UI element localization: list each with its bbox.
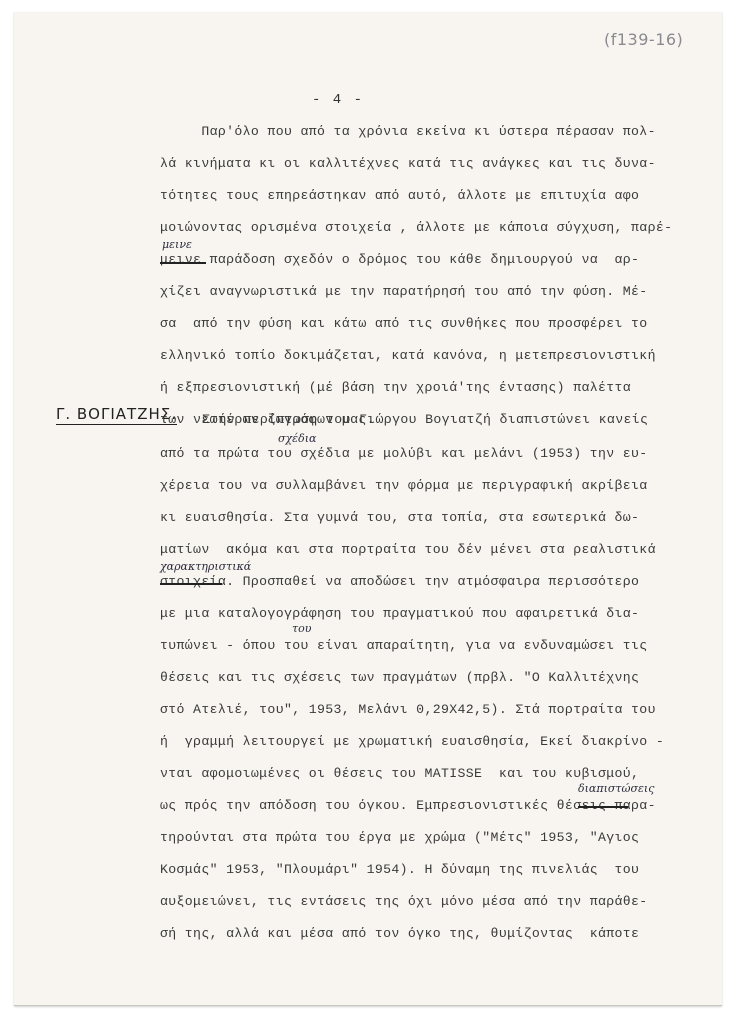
text-line: χίζει αναγνωριστικά με την παρατήρησή το… xyxy=(160,284,648,299)
text-line: μεινε παράδοση σχεδόν ο δρόμος του κάθε … xyxy=(160,252,639,267)
text-line: Παρ'όλο που από τα χρόνια εκείνα κι ύστε… xyxy=(160,124,656,139)
margin-heading: Γ. ΒΟΓΙΑΤΖΗΣ. xyxy=(56,405,177,425)
text-line: ματίων ακόμα και στα πορτραίτα του δέν μ… xyxy=(160,542,656,557)
page-number: - 4 - xyxy=(312,92,364,108)
text-line: Στήν περίπτωση του Γιώργου Βογιατζή διαπ… xyxy=(202,412,648,427)
handwritten-note: σχέδια xyxy=(278,432,316,445)
text-line: με μια καταλογογράφηση του πραγματικού π… xyxy=(160,606,639,621)
strikethrough-theseis xyxy=(578,806,628,808)
text-line: τηρούνται στα πρώτα του έργα με χρώμα ("… xyxy=(160,830,639,845)
handwritten-note: χαρακτηριστικά xyxy=(160,560,251,573)
text-line: θέσεις και τις σχέσεις των πραγμάτων (πρ… xyxy=(160,670,639,685)
text-line: μοιώνοντας ορισμένα στοιχεία , άλλοτε με… xyxy=(160,220,672,235)
archive-reference: (f139-16) xyxy=(604,30,683,49)
text-line: σα από την φύση και κάτω από τις συνθήκε… xyxy=(160,316,648,331)
handwritten-note: διαπιστώσεις xyxy=(578,782,654,795)
text-line: ή εξπρεσιονιστική (μέ βάση την χροιά'της… xyxy=(160,380,631,395)
text-line: τότητες τους επηρεάστηκαν από αυτό, άλλο… xyxy=(160,188,639,203)
handwritten-note: μεινε xyxy=(162,238,192,251)
text-line: από τα πρώτα του σχέδια με μολύβι και με… xyxy=(160,446,648,461)
text-line: λά κινήματα κι οι καλλιτέχνες κατά τις α… xyxy=(160,156,656,171)
strikethrough-menein xyxy=(160,262,206,264)
text-line: στό Ατελιέ, του", 1953, Μελάνι 0,29Χ42,5… xyxy=(160,702,656,717)
text-line: νται αφομοιωμένες οι θέσεις του MATISSE … xyxy=(160,766,639,781)
text-line: στοιχεία. Προσπαθεί να αποδώσει την ατμό… xyxy=(160,574,639,589)
handwritten-note: του xyxy=(292,622,311,635)
text-line: κι ευαισθησία. Στα γυμνά του, στα τοπία,… xyxy=(160,510,639,525)
text-line: αυξομειώνει, τις εντάσεις της όχι μόνο μ… xyxy=(160,894,648,909)
text-line: τυπώνει - όπου του είναι απαραίτητη, για… xyxy=(160,638,648,653)
text-line: ή γραμμή λειτουργεί με χρωματική ευαισθη… xyxy=(160,734,664,749)
text-line: Κοσμάς" 1953, "Πλουμάρι" 1954). Η δύναμη… xyxy=(160,862,639,877)
strikethrough-stoixeia xyxy=(160,583,222,585)
text-line: ελληνικό τοπίο δοκιμάζεται, κατά κανόνα,… xyxy=(160,348,656,363)
text-line: χέρεια του να συλλαμβάνει την φόρμα με π… xyxy=(160,478,648,493)
text-line: σή της, αλλά και μέσα από τον όγκο της, … xyxy=(160,926,639,941)
